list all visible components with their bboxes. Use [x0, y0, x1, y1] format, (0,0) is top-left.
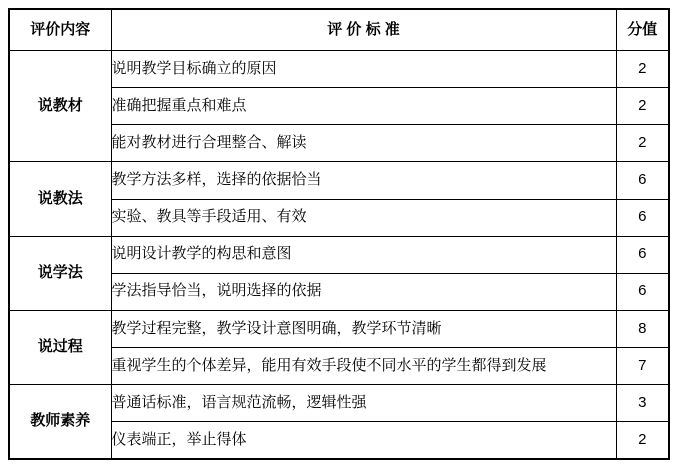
table-row: 说教法 教学方法多样，选择的依据恰当 6	[9, 162, 669, 199]
score-cell: 6	[616, 199, 669, 236]
criteria-cell: 学法指导恰当，说明选择的依据	[111, 273, 616, 310]
table-row: 说学法 说明设计教学的构思和意图 6	[9, 236, 669, 273]
criteria-cell: 准确把握重点和难点	[111, 88, 616, 125]
table-row: 说教材 说明教学目标确立的原因 2	[9, 51, 669, 88]
score-cell: 2	[616, 125, 669, 162]
score-cell: 8	[616, 310, 669, 347]
score-cell: 2	[616, 88, 669, 125]
criteria-cell: 教学过程完整，教学设计意图明确，教学环节清晰	[111, 310, 616, 347]
group-label-shuojiaofa: 说教法	[9, 162, 111, 236]
evaluation-rubric-table: 评价内容 评 价 标 准 分值 说教材 说明教学目标确立的原因 2 准确把握重点…	[8, 8, 670, 460]
score-cell: 2	[616, 422, 669, 459]
table-row: 教师素养 普通话标准，语言规范流畅，逻辑性强 3	[9, 385, 669, 422]
criteria-cell: 实验、教具等手段适用、有效	[111, 199, 616, 236]
table-row: 说过程 教学过程完整，教学设计意图明确，教学环节清晰 8	[9, 310, 669, 347]
group-label-shuoguocheng: 说过程	[9, 310, 111, 384]
criteria-cell: 普通话标准，语言规范流畅，逻辑性强	[111, 385, 616, 422]
rubric-table-container: 评价内容 评 价 标 准 分值 说教材 说明教学目标确立的原因 2 准确把握重点…	[8, 8, 670, 460]
group-label-shuojiaocai: 说教材	[9, 51, 111, 162]
criteria-cell: 说明教学目标确立的原因	[111, 51, 616, 88]
header-score: 分值	[616, 9, 669, 51]
header-criteria: 评 价 标 准	[111, 9, 616, 51]
criteria-cell: 能对教材进行合理整合、解读	[111, 125, 616, 162]
score-cell: 2	[616, 51, 669, 88]
score-cell: 3	[616, 385, 669, 422]
criteria-cell: 教学方法多样，选择的依据恰当	[111, 162, 616, 199]
score-cell: 6	[616, 162, 669, 199]
score-cell: 6	[616, 236, 669, 273]
header-content: 评价内容	[9, 9, 111, 51]
score-cell: 6	[616, 273, 669, 310]
criteria-cell: 说明设计教学的构思和意图	[111, 236, 616, 273]
group-label-jiaoshisuyang: 教师素养	[9, 385, 111, 459]
criteria-cell: 重视学生的个体差异，能用有效手段使不同水平的学生都得到发展	[111, 348, 616, 385]
page: { "page": { "background": "#ffffff", "bo…	[0, 0, 675, 468]
group-label-shuoxuefa: 说学法	[9, 236, 111, 310]
criteria-cell: 仪表端正，举止得体	[111, 422, 616, 459]
header-row: 评价内容 评 价 标 准 分值	[9, 9, 669, 51]
score-cell: 7	[616, 348, 669, 385]
